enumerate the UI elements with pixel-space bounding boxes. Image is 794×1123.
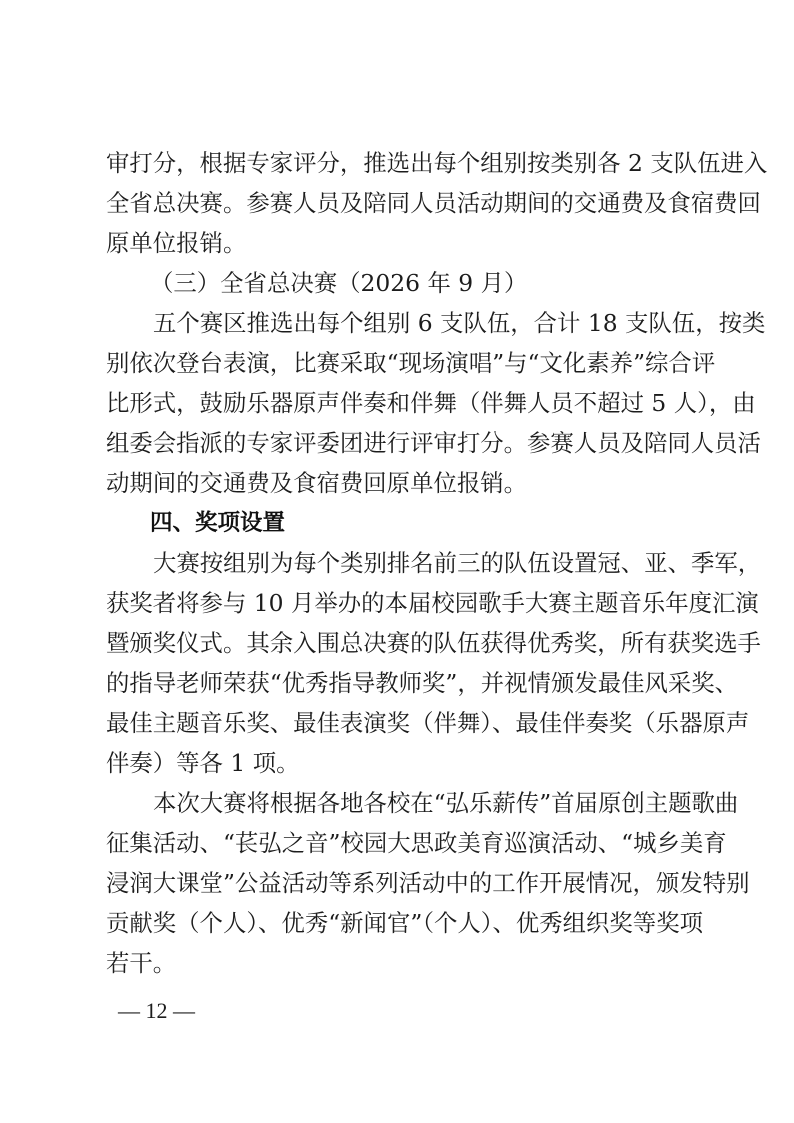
paragraph-line: 比形式，鼓励乐器原声伴奏和伴舞（伴舞人员不超过 5 人），由 <box>106 383 694 423</box>
paragraph-line: 征集活动、“苌弘之音”校园大思政美育巡演活动、“城乡美育 <box>106 823 694 863</box>
paragraph-line: 大赛按组别为每个类别排名前三的队伍设置冠、亚、季军， <box>106 543 694 583</box>
paragraph-line: 获奖者将参与 10 月举办的本届校园歌手大赛主题音乐年度汇演 <box>106 583 694 623</box>
paragraph-line: 动期间的交通费及食宿费回原单位报销。 <box>106 463 694 503</box>
paragraph-line: 浸润大课堂”公益活动等系列活动中的工作开展情况，颁发特别 <box>106 863 694 903</box>
paragraph-line: 别依次登台表演，比赛采取“现场演唱”与“文化素养”综合评 <box>106 343 694 383</box>
paragraph-line: 贡献奖（个人）、优秀“新闻官”（个人）、优秀组织奖等奖项 <box>106 903 694 943</box>
paragraph-line: 全省总决赛。参赛人员及陪同人员活动期间的交通费及食宿费回 <box>106 183 694 223</box>
section-subheading-final: （三）全省总决赛（2026 年 9 月） <box>106 263 694 303</box>
paragraph-line: 的指导老师荣获“优秀指导教师奖”，并视情颁发最佳风采奖、 <box>106 663 694 703</box>
paragraph-line: 暨颁奖仪式。其余入围总决赛的队伍获得优秀奖，所有获奖选手 <box>106 623 694 663</box>
paragraph-line: 审打分，根据专家评分，推选出每个组别按类别各 2 支队伍进入 <box>106 143 694 183</box>
paragraph-line: 最佳主题音乐奖、最佳表演奖（伴舞）、最佳伴奏奖（乐器原声 <box>106 703 694 743</box>
paragraph-line: 原单位报销。 <box>106 223 694 263</box>
paragraph-line: 本次大赛将根据各地各校在“弘乐薪传”首届原创主题歌曲 <box>106 783 694 823</box>
paragraph-line: 若干。 <box>106 943 694 983</box>
paragraph-line: 组委会指派的专家评委团进行评审打分。参赛人员及陪同人员活 <box>106 423 694 463</box>
page-number: — 12 — <box>118 998 195 1024</box>
document-body: 审打分，根据专家评分，推选出每个组别按类别各 2 支队伍进入 全省总决赛。参赛人… <box>106 143 694 983</box>
paragraph-line: 五个赛区推选出每个组别 6 支队伍，合计 18 支队伍，按类 <box>106 303 694 343</box>
paragraph-line: 伴奏）等各 1 项。 <box>106 743 694 783</box>
section-heading-awards: 四、奖项设置 <box>106 503 694 543</box>
document-page: 审打分，根据专家评分，推选出每个组别按类别各 2 支队伍进入 全省总决赛。参赛人… <box>0 0 794 1123</box>
